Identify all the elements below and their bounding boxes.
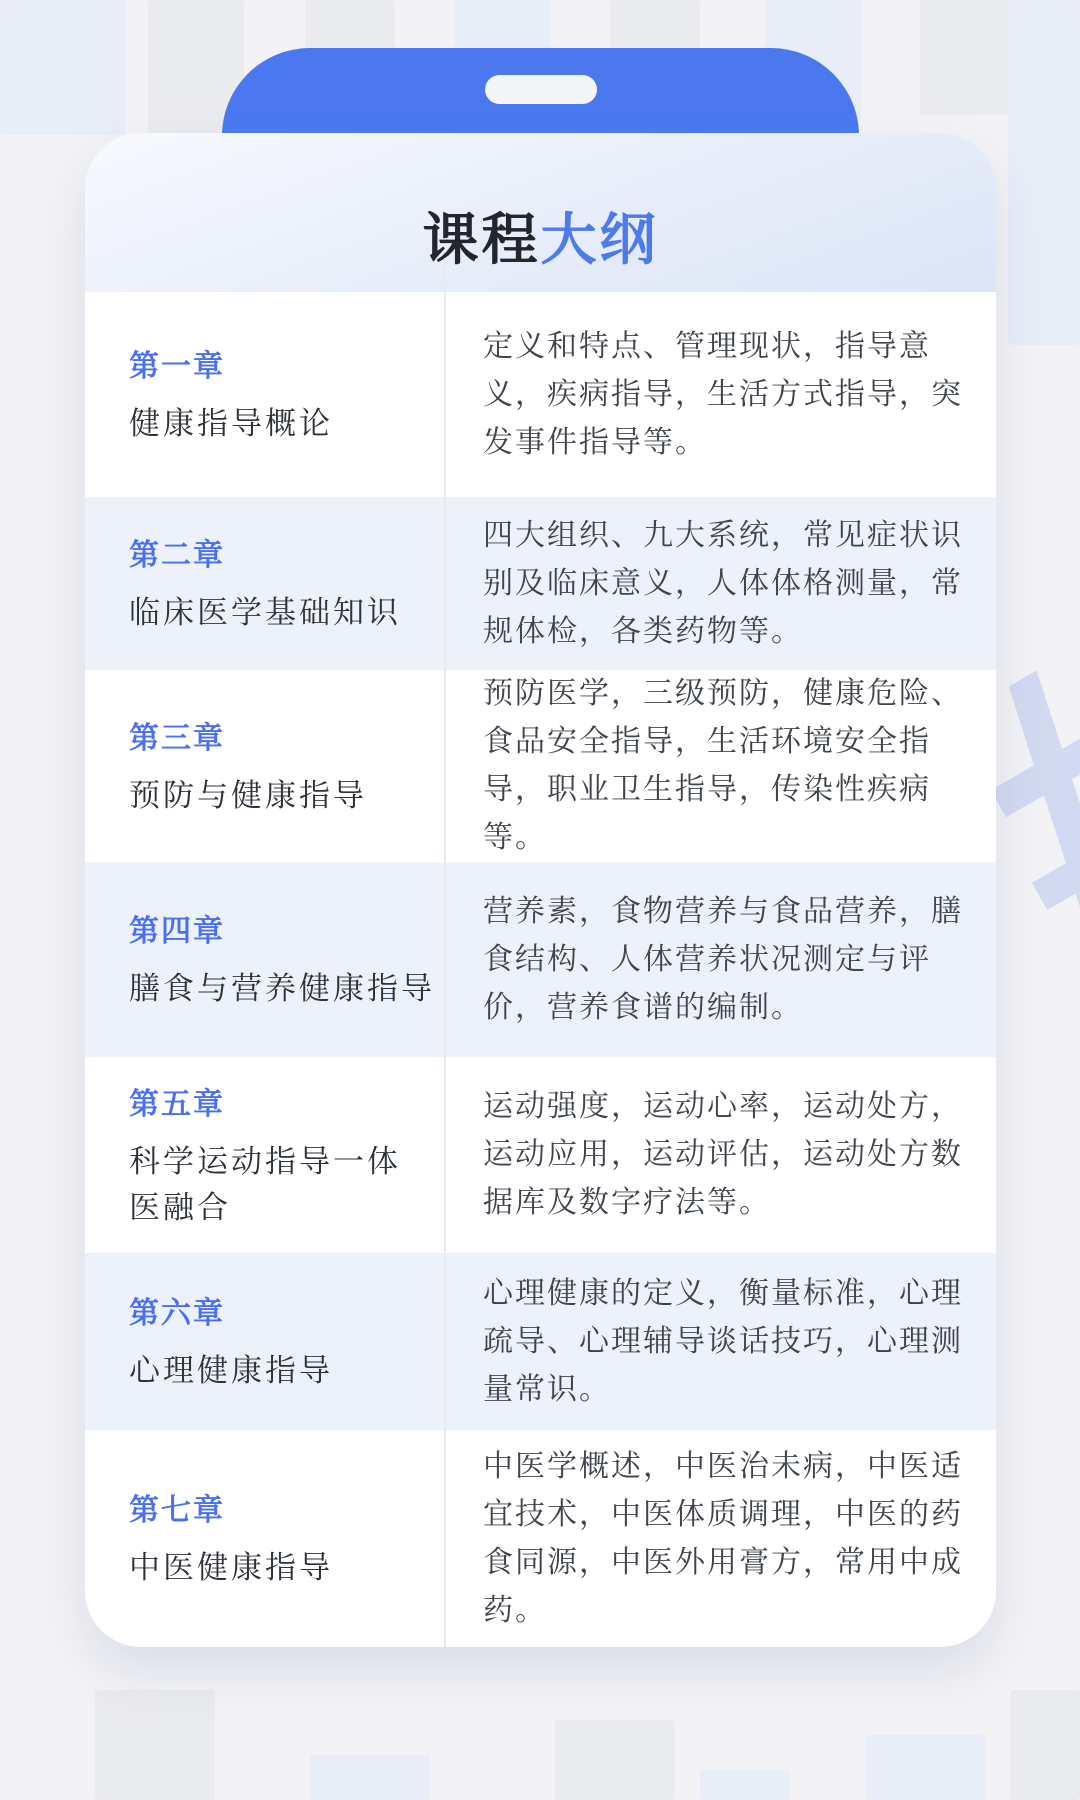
- chapter-cell: 第二章 临床医学基础知识: [85, 497, 445, 670]
- outline-row-1: 第一章 健康指导概论 定义和特点、管理现状，指导意义，疾病指导，生活方式指导，突…: [85, 292, 996, 497]
- outline-card: 课程大纲 第一章 健康指导概论 定义和特点、管理现状，指导意义，疾病指导，生活方…: [85, 133, 996, 1647]
- chapter-number: 第四章: [129, 906, 445, 950]
- description-cell: 运动强度，运动心率，运动处方，运动应用，运动评估，运动处方数据库及数字疗法等。: [445, 1057, 996, 1253]
- chapter-number: 第二章: [129, 530, 445, 574]
- description-cell: 四大组织、九大系统，常见症状识别及临床意义，人体体格测量，常规体检，各类药物等。: [445, 497, 996, 670]
- bg-tile: [0, 0, 125, 135]
- page-title: 课程大纲: [423, 212, 659, 268]
- bg-tile: [1008, 0, 1080, 345]
- outline-row-7: 第七章 中医健康指导 中医学概述，中医治未病，中医适宜技术，中医体质调理，中医的…: [85, 1430, 996, 1647]
- chapter-title: 临床医学基础知识: [129, 590, 445, 637]
- chapter-description: 定义和特点、管理现状，指导意义，疾病指导，生活方式指导，突发事件指导等。: [483, 323, 971, 467]
- description-cell: 预防医学，三级预防，健康危险、食品安全指导，生活环境安全指导，职业卫生指导，传染…: [445, 670, 996, 862]
- chapter-description: 四大组织、九大系统，常见症状识别及临床意义，人体体格测量，常规体检，各类药物等。: [483, 512, 971, 656]
- outline-row-3: 第三章 预防与健康指导 预防医学，三级预防，健康危险、食品安全指导，生活环境安全…: [85, 670, 996, 862]
- bg-tile: [865, 1735, 985, 1800]
- description-cell: 定义和特点、管理现状，指导意义，疾病指导，生活方式指导，突发事件指导等。: [445, 292, 996, 497]
- chapter-number: 第七章: [129, 1485, 445, 1529]
- column-divider: [444, 258, 446, 1647]
- chapter-description: 心理健康的定义，衡量标准，心理疏导、心理辅导谈话技巧，心理测量常识。: [483, 1270, 971, 1414]
- chapter-title: 中医健康指导: [129, 1545, 445, 1592]
- page-title-dark: 课程: [423, 208, 541, 271]
- chapter-number: 第三章: [129, 713, 445, 757]
- chapter-title: 科学运动指导一体 医融合: [129, 1139, 445, 1232]
- outline-row-5: 第五章 科学运动指导一体 医融合 运动强度，运动心率，运动处方，运动应用，运动评…: [85, 1057, 996, 1253]
- chapter-title: 心理健康指导: [129, 1348, 445, 1395]
- outline-table: 第一章 健康指导概论 定义和特点、管理现状，指导意义，疾病指导，生活方式指导，突…: [85, 292, 996, 1647]
- chapter-cell: 第五章 科学运动指导一体 医融合: [85, 1057, 445, 1253]
- chapter-cell: 第三章 预防与健康指导: [85, 670, 445, 862]
- description-cell: 中医学概述，中医治未病，中医适宜技术，中医体质调理，中医的药食同源，中医外用膏方…: [445, 1430, 996, 1647]
- chapter-description: 中医学概述，中医治未病，中医适宜技术，中医体质调理，中医的药食同源，中医外用膏方…: [483, 1443, 971, 1635]
- chapter-number: 第五章: [129, 1079, 445, 1123]
- chapter-title: 健康指导概论: [129, 401, 445, 448]
- outline-row-6: 第六章 心理健康指导 心理健康的定义，衡量标准，心理疏导、心理辅导谈话技巧，心理…: [85, 1253, 996, 1430]
- page-title-accent: 大纲: [541, 208, 659, 271]
- card-header-band: 课程大纲: [85, 133, 996, 292]
- chapter-number: 第一章: [129, 341, 445, 385]
- description-cell: 营养素，食物营养与食品营养，膳食结构、人体营养状况测定与评价，营养食谱的编制。: [445, 862, 996, 1057]
- chapter-description: 营养素，食物营养与食品营养，膳食结构、人体营养状况测定与评价，营养食谱的编制。: [483, 888, 971, 1032]
- chapter-description: 预防医学，三级预防，健康危险、食品安全指导，生活环境安全指导，职业卫生指导，传染…: [483, 670, 971, 862]
- chapter-description: 运动强度，运动心率，运动处方，运动应用，运动评估，运动处方数据库及数字疗法等。: [483, 1083, 971, 1227]
- chapter-title: 膳食与营养健康指导: [129, 966, 445, 1013]
- chapter-cell: 第六章 心理健康指导: [85, 1253, 445, 1430]
- outline-row-2: 第二章 临床医学基础知识 四大组织、九大系统，常见症状识别及临床意义，人体体格测…: [85, 497, 996, 670]
- notch-pill: [485, 75, 597, 104]
- chapter-title: 预防与健康指导: [129, 773, 445, 820]
- description-cell: 心理健康的定义，衡量标准，心理疏导、心理辅导谈话技巧，心理测量常识。: [445, 1253, 996, 1430]
- chapter-number: 第六章: [129, 1288, 445, 1332]
- outline-row-4: 第四章 膳食与营养健康指导 营养素，食物营养与食品营养，膳食结构、人体营养状况测…: [85, 862, 996, 1057]
- chapter-cell: 第七章 中医健康指导: [85, 1430, 445, 1647]
- bg-tile: [1010, 1690, 1080, 1800]
- bg-tile: [700, 1770, 790, 1800]
- chapter-cell: 第四章 膳食与营养健康指导: [85, 862, 445, 1057]
- bg-tile: [555, 1720, 675, 1800]
- bg-tile: [95, 1690, 215, 1800]
- bg-tile: [920, 0, 1010, 115]
- chapter-cell: 第一章 健康指导概论: [85, 292, 445, 497]
- screen: # 课程大纲 第一章 健康指导概论 定义和特点、管理现状，指导意义，疾病指导，生…: [0, 0, 1080, 1800]
- bg-tile: [310, 1755, 430, 1800]
